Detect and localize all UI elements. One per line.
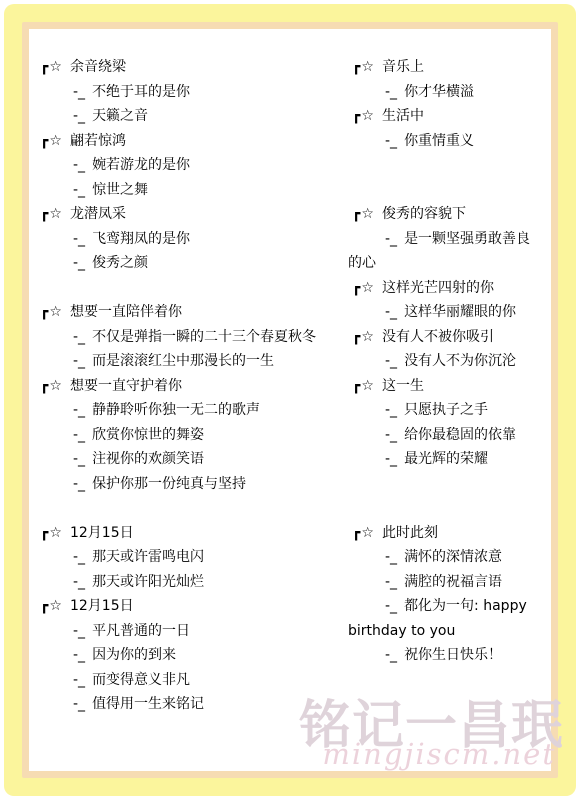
line-text: 没有人不被你吸引 <box>382 329 494 345</box>
lyric-item-line: -_你重情重义 <box>348 129 548 154</box>
dash-underscore-bullet-icon: -_ <box>385 231 397 247</box>
line-text: 这样华丽耀眼的你 <box>404 304 516 320</box>
line-text: 最光辉的荣耀 <box>404 451 488 467</box>
dash-underscore-bullet-icon: -_ <box>73 451 85 467</box>
dash-underscore-bullet-icon: -_ <box>73 696 85 712</box>
dash-underscore-bullet-icon: -_ <box>73 353 85 369</box>
dash-underscore-bullet-icon: -_ <box>385 549 397 565</box>
section-title-line: ┏☆想要一直守护着你 <box>36 374 336 399</box>
section-title-line: ┏☆音乐上 <box>348 55 548 80</box>
wrapped-continuation-line: 的心 <box>348 251 548 276</box>
corner-star-bullet-icon: ┏☆ <box>352 108 375 124</box>
dash-underscore-bullet-icon: -_ <box>385 574 397 590</box>
dash-underscore-bullet-icon: -_ <box>73 329 85 345</box>
dash-underscore-bullet-icon: -_ <box>385 133 397 149</box>
line-text: 想要一直陪伴着你 <box>70 304 182 320</box>
lyric-item-line: -_注视你的欢颜笑语 <box>36 447 336 472</box>
line-text: 满怀的深情浓意 <box>404 549 502 565</box>
left-text-column: ┏☆余音绕梁-_不绝于耳的是你-_天籁之音┏☆翩若惊鸿-_婉若游龙的是你-_惊世… <box>36 55 336 717</box>
dash-underscore-bullet-icon: -_ <box>385 353 397 369</box>
section-title-line: ┏☆余音绕梁 <box>36 55 336 80</box>
lyric-item-line: -_你才华横溢 <box>348 80 548 105</box>
dash-underscore-bullet-icon: -_ <box>385 451 397 467</box>
section-title-line: ┏☆想要一直陪伴着你 <box>36 300 336 325</box>
section-title-line: ┏☆翩若惊鸿 <box>36 129 336 154</box>
line-text: 婉若游龙的是你 <box>92 157 190 173</box>
line-text: 你才华横溢 <box>404 84 474 100</box>
right-text-column: ┏☆音乐上-_你才华横溢┏☆生活中-_你重情重义┏☆俊秀的容貌下-_是一颗坚强勇… <box>348 55 548 668</box>
line-text: 注视你的欢颜笑语 <box>92 451 204 467</box>
lyric-item-line: -_祝你生日快乐！ <box>348 643 548 668</box>
dash-underscore-bullet-icon: -_ <box>73 574 85 590</box>
dash-underscore-bullet-icon: -_ <box>73 549 85 565</box>
dash-underscore-bullet-icon: -_ <box>73 427 85 443</box>
dash-underscore-bullet-icon: -_ <box>385 598 397 614</box>
lyric-item-line: -_而变得意义非凡 <box>36 668 336 693</box>
lyric-item-line: -_满怀的深情浓意 <box>348 545 548 570</box>
dash-underscore-bullet-icon: -_ <box>73 182 85 198</box>
dash-underscore-bullet-icon: -_ <box>73 84 85 100</box>
section-title-line: ┏☆俊秀的容貌下 <box>348 202 548 227</box>
dash-underscore-bullet-icon: -_ <box>73 647 85 663</box>
line-text: 而是滚滚红尘中那漫长的一生 <box>92 353 274 369</box>
line-text: 惊世之舞 <box>92 182 148 198</box>
lyric-item-line: -_平凡普通的一日 <box>36 619 336 644</box>
lyric-item-line: -_那天或许阳光灿烂 <box>36 570 336 595</box>
corner-star-bullet-icon: ┏☆ <box>40 525 63 541</box>
line-text: 这样光芒四射的你 <box>382 280 494 296</box>
lyric-item-line: -_天籁之音 <box>36 104 336 129</box>
corner-star-bullet-icon: ┏☆ <box>352 280 375 296</box>
lyric-item-line: -_没有人不为你沉沦 <box>348 349 548 374</box>
blank-line <box>348 178 548 203</box>
line-text: 保护你那一份纯真与坚持 <box>92 476 246 492</box>
lyric-item-line: -_欣赏你惊世的舞姿 <box>36 423 336 448</box>
section-title-line: ┏☆这一生 <box>348 374 548 399</box>
dash-underscore-bullet-icon: -_ <box>385 427 397 443</box>
lyric-item-line: -_婉若游龙的是你 <box>36 153 336 178</box>
lyric-item-line: -_惊世之舞 <box>36 178 336 203</box>
lyric-item-line: -_是一颗坚强勇敢善良 <box>348 227 548 252</box>
line-text: 满腔的祝福言语 <box>404 574 502 590</box>
lyric-item-line: -_不仅是弹指一瞬的二十三个春夏秋冬 <box>36 325 336 350</box>
dash-underscore-bullet-icon: -_ <box>73 108 85 124</box>
line-text: 欣赏你惊世的舞姿 <box>92 427 204 443</box>
corner-star-bullet-icon: ┏☆ <box>40 206 63 222</box>
section-title-line: ┏☆没有人不被你吸引 <box>348 325 548 350</box>
line-text: 的心 <box>348 255 376 271</box>
line-text: 这一生 <box>382 378 424 394</box>
line-text: 平凡普通的一日 <box>92 623 190 639</box>
watermark-site-url: mingjiscm.net <box>322 737 556 771</box>
section-title-line: ┏☆此时此刻 <box>348 521 548 546</box>
dash-underscore-bullet-icon: -_ <box>73 402 85 418</box>
corner-star-bullet-icon: ┏☆ <box>40 598 63 614</box>
line-text: 音乐上 <box>382 59 424 75</box>
line-text: 都化为一句: happy <box>404 598 527 614</box>
lyric-item-line: -_而是滚滚红尘中那漫长的一生 <box>36 349 336 374</box>
line-text: 翩若惊鸿 <box>70 133 126 149</box>
blank-line <box>348 153 548 178</box>
section-title-line: ┏☆生活中 <box>348 104 548 129</box>
corner-star-bullet-icon: ┏☆ <box>352 329 375 345</box>
blank-line <box>348 472 548 497</box>
lyric-item-line: -_保护你那一份纯真与坚持 <box>36 472 336 497</box>
line-text: 而变得意义非凡 <box>92 672 190 688</box>
dash-underscore-bullet-icon: -_ <box>73 157 85 173</box>
line-text: 值得用一生来铭记 <box>92 696 204 712</box>
section-title-line: ┏☆这样光芒四射的你 <box>348 276 548 301</box>
section-title-line: ┏☆12月15日 <box>36 594 336 619</box>
line-text: 不仅是弹指一瞬的二十三个春夏秋冬 <box>92 329 316 345</box>
line-text: 天籁之音 <box>92 108 148 124</box>
corner-star-bullet-icon: ┏☆ <box>40 133 63 149</box>
line-text: 俊秀之颜 <box>92 255 148 271</box>
line-text: 没有人不为你沉沦 <box>404 353 516 369</box>
lyric-item-line: -_因为你的到来 <box>36 643 336 668</box>
blank-line <box>348 496 548 521</box>
corner-star-bullet-icon: ┏☆ <box>352 206 375 222</box>
corner-star-bullet-icon: ┏☆ <box>352 59 375 75</box>
line-text: 是一颗坚强勇敢善良 <box>404 231 530 247</box>
line-text: 祝你生日快乐！ <box>404 647 502 663</box>
line-text: 生活中 <box>382 108 424 124</box>
lyric-item-line: -_不绝于耳的是你 <box>36 80 336 105</box>
wrapped-continuation-line: birthday to you <box>348 619 548 644</box>
blank-line <box>36 496 336 521</box>
line-text: 静静聆听你独一无二的歌声 <box>92 402 260 418</box>
line-text: 龙潜凤采 <box>70 206 126 222</box>
lyric-item-line: -_满腔的祝福言语 <box>348 570 548 595</box>
line-text: birthday to you <box>348 623 455 639</box>
dash-underscore-bullet-icon: -_ <box>73 623 85 639</box>
corner-star-bullet-icon: ┏☆ <box>40 304 63 320</box>
dash-underscore-bullet-icon: -_ <box>73 672 85 688</box>
lyric-item-line: -_飞鸾翔凤的是你 <box>36 227 336 252</box>
section-title-line: ┏☆12月15日 <box>36 521 336 546</box>
dash-underscore-bullet-icon: -_ <box>385 304 397 320</box>
document-page: ┏☆余音绕梁-_不绝于耳的是你-_天籁之音┏☆翩若惊鸿-_婉若游龙的是你-_惊世… <box>0 0 580 800</box>
dash-underscore-bullet-icon: -_ <box>73 255 85 271</box>
corner-star-bullet-icon: ┏☆ <box>40 59 63 75</box>
line-text: 那天或许雷鸣电闪 <box>92 549 204 565</box>
line-text: 只愿执子之手 <box>404 402 488 418</box>
lyric-item-line: -_这样华丽耀眼的你 <box>348 300 548 325</box>
corner-star-bullet-icon: ┏☆ <box>40 378 63 394</box>
lyric-item-line: -_最光辉的荣耀 <box>348 447 548 472</box>
line-text: 此时此刻 <box>382 525 438 541</box>
line-text: 给你最稳固的依靠 <box>404 427 516 443</box>
lyric-item-line: -_那天或许雷鸣电闪 <box>36 545 336 570</box>
blank-line <box>36 276 336 301</box>
lyric-item-line: -_都化为一句: happy <box>348 594 548 619</box>
lyric-item-line: -_只愿执子之手 <box>348 398 548 423</box>
line-text: 那天或许阳光灿烂 <box>92 574 204 590</box>
dash-underscore-bullet-icon: -_ <box>385 84 397 100</box>
line-text: 你重情重义 <box>404 133 474 149</box>
lyric-item-line: -_值得用一生来铭记 <box>36 692 336 717</box>
line-text: 不绝于耳的是你 <box>92 84 190 100</box>
corner-star-bullet-icon: ┏☆ <box>352 525 375 541</box>
line-text: 余音绕梁 <box>70 59 126 75</box>
line-text: 飞鸾翔凤的是你 <box>92 231 190 247</box>
lyric-item-line: -_静静聆听你独一无二的歌声 <box>36 398 336 423</box>
corner-star-bullet-icon: ┏☆ <box>352 378 375 394</box>
lyric-item-line: -_给你最稳固的依靠 <box>348 423 548 448</box>
dash-underscore-bullet-icon: -_ <box>385 402 397 418</box>
section-title-line: ┏☆龙潜凤采 <box>36 202 336 227</box>
dash-underscore-bullet-icon: -_ <box>73 231 85 247</box>
line-text: 12月15日 <box>70 525 134 541</box>
lyric-item-line: -_俊秀之颜 <box>36 251 336 276</box>
dash-underscore-bullet-icon: -_ <box>73 476 85 492</box>
line-text: 俊秀的容貌下 <box>382 206 466 222</box>
dash-underscore-bullet-icon: -_ <box>385 647 397 663</box>
line-text: 想要一直守护着你 <box>70 378 182 394</box>
line-text: 因为你的到来 <box>92 647 176 663</box>
line-text: 12月15日 <box>70 598 134 614</box>
